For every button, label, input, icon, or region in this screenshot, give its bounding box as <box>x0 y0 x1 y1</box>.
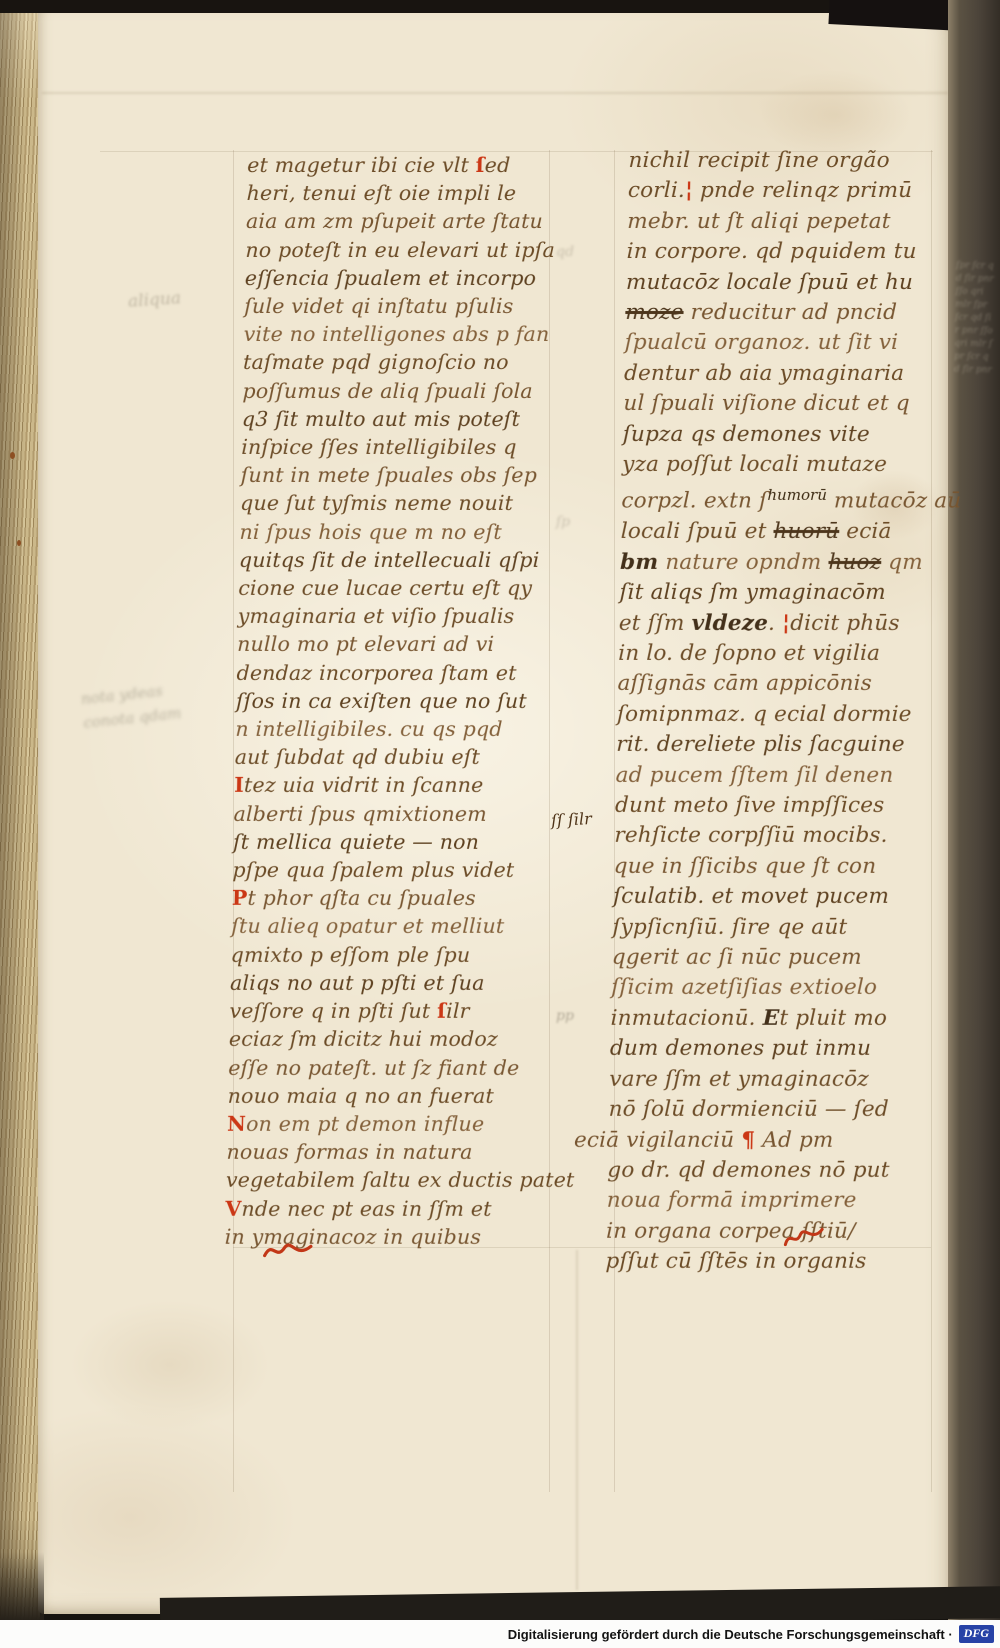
book-page-edges-left <box>0 6 40 1648</box>
manuscript-line: ſtu alieq opatur et melliut <box>231 912 550 940</box>
manuscript-line: ſypſicnſiū. ſire qe aūt <box>612 913 935 943</box>
manuscript-line: aia am zm pſupeit arte ſtatu <box>246 207 565 235</box>
text-column-left: et magetur ibi cie vlt ſedheri, tenui eſ… <box>224 151 565 1251</box>
manuscript-line: corpzl. extn ſhumorū mutacōz aū <box>621 480 944 517</box>
manuscript-line: Itez uia vidrit in ſcanne <box>234 771 553 799</box>
manuscript-line: moze reducitur ad pncid <box>625 298 948 328</box>
manuscript-line: noua formā imprimere <box>606 1186 929 1216</box>
manuscript-line: aſſignās cām appicōnis <box>617 669 940 699</box>
manuscript-line: dentur ab aia ymaginaria <box>624 359 947 389</box>
manuscript-line: ymaginaria et viſio ſpualis <box>237 602 556 630</box>
manuscript-line: qmixto p eſſom ple ſpu <box>230 941 549 969</box>
manuscript-line: eſſe no pateſt. ut ſz fiant de <box>228 1054 547 1082</box>
next-page-ghost-text: ſpr ſcr qd ſir pnr ſſo qri mlr ſpr ſcr q… <box>949 260 999 378</box>
manuscript-line: ſomipnmaz. q ecial dormie <box>617 700 940 730</box>
manuscript-line: aliqs no aut p pſti et ſua <box>230 969 549 997</box>
manuscript-line: pſpe qua ſpalem plus videt <box>232 856 551 884</box>
bottom-left-shadow <box>0 1552 44 1622</box>
manuscript-line: quitqs ſit de intellecuali qſpi <box>239 546 558 574</box>
manuscript-line: nō ſolū dormienciū — ſed <box>608 1095 931 1125</box>
manuscript-line: Non em pt demon influe <box>227 1110 546 1138</box>
manuscript-line: que in ſſicibs que ſt con <box>613 852 936 882</box>
ink-speck <box>17 540 21 546</box>
text-column-right: nichil recipit ſine orgãocorli.¦ pnde re… <box>605 146 951 1278</box>
manuscript-line: cione cue lucae certu eſt qy <box>238 574 557 602</box>
manuscript-line: ſſicim azetſiſias extioelo <box>611 973 934 1003</box>
manuscript-line: dum demones put inmu <box>610 1034 933 1064</box>
manuscript-line: nouo maia q no an fuerat <box>227 1082 546 1110</box>
manuscript-line: que ſut tyſmis neme nouit <box>240 489 559 517</box>
manuscript-line: mutacōz locale ſpuū et hu <box>626 268 949 298</box>
manuscript-line: rehſicte corpſſiū mocibs. <box>614 821 937 851</box>
manuscript-line: ad pucem ſſtem ſil denen <box>615 761 938 791</box>
manuscript-line: vare ſſm et ymaginacōz <box>609 1065 932 1095</box>
horizontal-crease <box>42 92 948 94</box>
manuscript-line: in corpore. qd pquidem tu <box>626 237 949 267</box>
manuscript-line: dunt meto ſive impſſices <box>615 791 938 821</box>
manuscript-line: alberti ſpus qmixtionem <box>233 800 552 828</box>
digitization-credit-bar: Digitalisierung gefördert durch die Deut… <box>0 1620 1000 1648</box>
vertical-fold-crease <box>576 1250 578 1590</box>
manuscript-line: poſſumus de aliq ſpuali ſola <box>242 377 561 405</box>
manuscript-line: et magetur ibi cie vlt ſed <box>247 151 566 179</box>
manuscript-line: et ſſm vldeze. ¦dicit phūs <box>619 609 942 639</box>
manuscript-line: rit. dereliete plis ſacguine <box>616 730 939 760</box>
manuscript-line: go dr. qd demones nō put <box>607 1156 930 1186</box>
manuscript-line: ſupza qs demones vite <box>622 420 945 450</box>
ink-speck <box>10 452 15 459</box>
manuscript-line: taſmate pqd gignoſcio no <box>243 348 562 376</box>
manuscript-line: inmutacionū. Et pluit mo <box>610 1004 933 1034</box>
manuscript-line: mebr. ut ſt aliqi pepetat <box>627 207 950 237</box>
credit-text: Digitalisierung gefördert durch die Deut… <box>508 1627 953 1642</box>
red-flourish-icon <box>260 1233 315 1273</box>
manuscript-line: nouas formas in natura <box>226 1138 545 1166</box>
manuscript-line: corli.¦ pnde relinqz primū <box>628 176 951 206</box>
manuscript-line: locali ſpuū et huorū eciā <box>620 517 943 547</box>
manuscript-line: nullo mo pt elevari ad vi <box>237 630 556 658</box>
manuscript-scan: ſpr ſcr qd ſir pnr ſſo qri mlr ſpr ſcr q… <box>0 0 1000 1648</box>
manuscript-line: inſpice ſſes intelligibiles q <box>241 433 560 461</box>
manuscript-line: in lo. de ſopno et vigilia <box>618 639 941 669</box>
manuscript-line: veſſore q in pſti ſut ſilr <box>229 997 548 1025</box>
manuscript-line: q3 ſit multo aut mis poteſt <box>242 405 561 433</box>
manuscript-line: vite no intelligones abs p fan <box>243 320 562 348</box>
manuscript-line: ſpualcū organoz. ut ſit vi <box>624 328 947 358</box>
manuscript-line: ſule videt qi inſtatu pſulis <box>244 292 563 320</box>
manuscript-line: aut ſubdat qd dubiu eſt <box>235 743 554 771</box>
manuscript-line: n intelligibiles. cu qs pqd <box>235 715 554 743</box>
manuscript-line: dendaz incorporea ſtam et <box>236 659 555 687</box>
manuscript-line: ſt mellica quiete — non <box>233 828 552 856</box>
dfg-logo: DFG <box>959 1625 994 1643</box>
manuscript-line: eciā vigilanciū ¶ Ad pm <box>574 1126 931 1156</box>
manuscript-line: no poteſt in eu elevari ut ipſa <box>245 236 564 264</box>
manuscript-line: Pt phor qſta cu ſpuales <box>232 884 551 912</box>
manuscript-line: ſſos in ca exiſten que no ſut <box>236 687 555 715</box>
intercolumn-gloss: ſſ ſilr <box>551 809 593 830</box>
manuscript-line: heri, tenui eſt oie impli le <box>246 179 565 207</box>
manuscript-line: eciaz ſm dicitz hui modoz <box>229 1025 548 1053</box>
manuscript-line: ſit aliqs ſm ymaginacōm <box>619 578 942 608</box>
manuscript-line: in organa corpea ſſtiū/ <box>606 1217 929 1247</box>
manuscript-line: Vnde nec pt eas in ſſm et <box>225 1195 544 1223</box>
manuscript-line: yza poſſut locali mutaze <box>622 450 945 480</box>
manuscript-line: ſculatib. et movet pucem <box>613 882 936 912</box>
manuscript-line: pſſut cū ſſtēs in organis <box>605 1247 928 1277</box>
manuscript-line: ul ſpuali viſione dicut et q <box>623 389 946 419</box>
manuscript-line: nichil recipit ſine orgão <box>628 146 951 176</box>
manuscript-line: ſunt in mete ſpuales obs ſep <box>240 461 559 489</box>
red-flourish-icon <box>781 1222 828 1257</box>
manuscript-line: eſſencia ſpualem et incorpo <box>245 264 564 292</box>
manuscript-line: ni ſpus hois que m no eſt <box>239 518 558 546</box>
manuscript-line: bm nature opndm huoz qm <box>620 548 943 578</box>
manuscript-line: qgerit ac ſi nūc pucem <box>612 943 935 973</box>
fore-edge-dark-band <box>948 0 1000 1648</box>
manuscript-line: vegetabilem ſaltu ex ductis patet <box>226 1166 545 1194</box>
